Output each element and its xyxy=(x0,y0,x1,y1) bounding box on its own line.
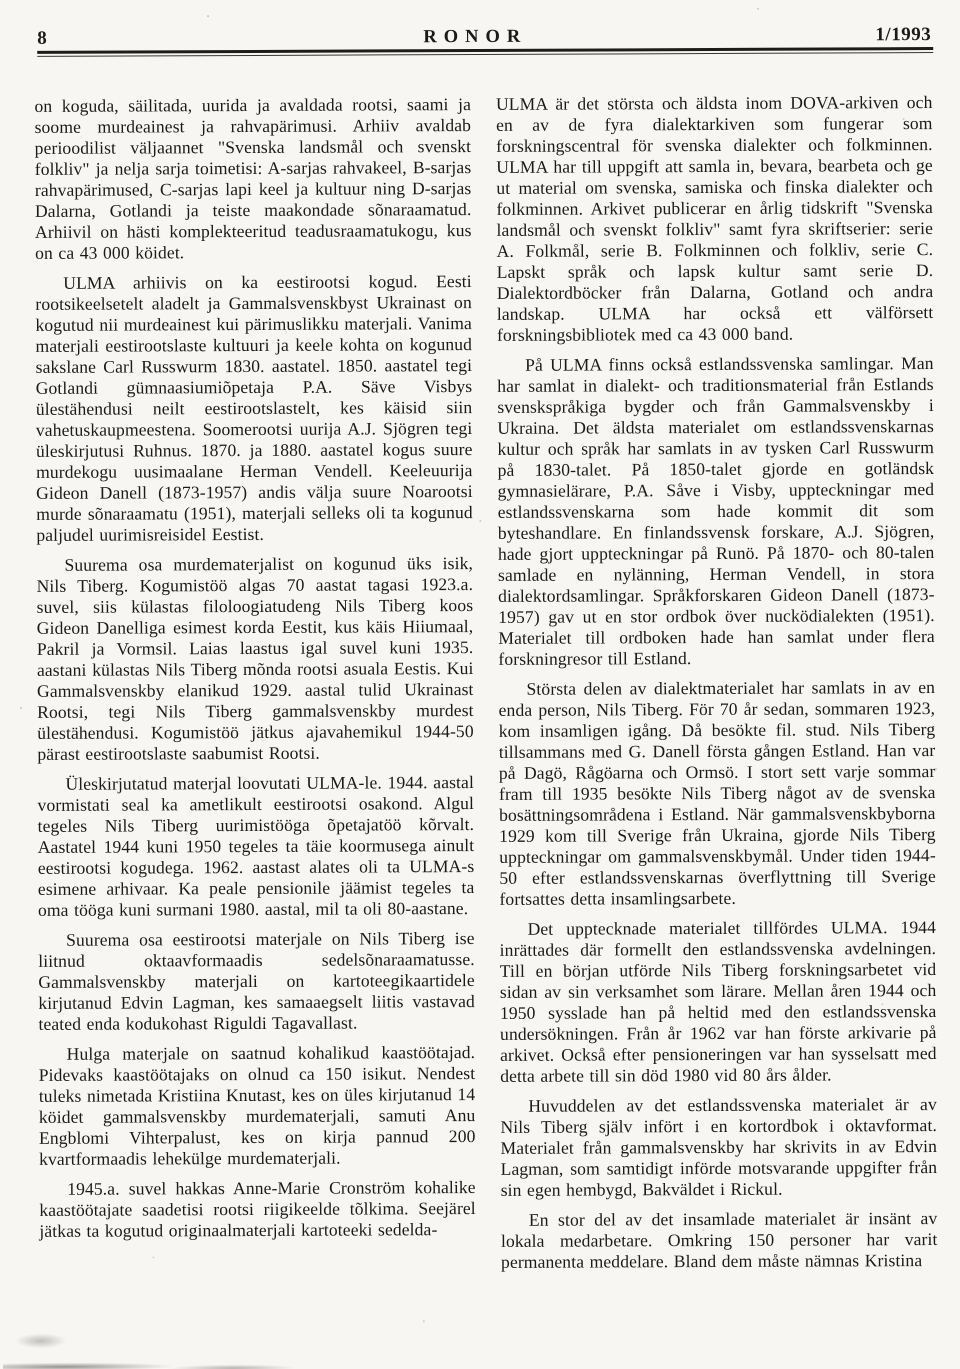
page-number: 8 xyxy=(37,28,47,50)
scan-smudge xyxy=(11,1327,81,1353)
left-column-paragraph: Üleskirjutatud materjal loovutati ULMA-l… xyxy=(37,772,474,921)
left-column-paragraph: Suurema osa eestirootsi materjale on Nil… xyxy=(38,928,475,1035)
scanned-page-content: 8 RONOR 1/1993 on koguda, säilitada, uur… xyxy=(0,0,960,1369)
document-page: 8 RONOR 1/1993 on koguda, säilitada, uur… xyxy=(0,0,960,1369)
left-column-paragraph: Suurema osa murdematerjalist on kogunud … xyxy=(36,553,473,765)
left-column-paragraph: Hulga materjale on saatnud kohalikud kaa… xyxy=(39,1042,476,1170)
issue-number: 1/1993 xyxy=(875,24,931,46)
right-column: ULMA är det största och äldsta inom DOVA… xyxy=(496,92,938,1282)
right-column-paragraph: Huvuddelen av det estlandssvenska materi… xyxy=(500,1094,937,1201)
right-column-paragraph: Det upptecknade materialet tillfördes UL… xyxy=(500,917,937,1087)
right-column-paragraph: En stor del av det insamlade materialet … xyxy=(501,1208,938,1273)
right-column-paragraph: Största delen av dialektmaterialet har s… xyxy=(498,677,936,910)
right-column-paragraph: ULMA är det största och äldsta inom DOVA… xyxy=(496,92,934,346)
right-column-paragraph: På ULMA finns också estlandssvenska saml… xyxy=(497,353,935,670)
text-columns: on koguda, säilitada, uurida ja avaldada… xyxy=(34,92,937,1284)
left-column: on koguda, säilitada, uurida ja avaldada… xyxy=(34,94,476,1284)
page-header: 8 RONOR 1/1993 xyxy=(37,24,931,50)
left-column-paragraph: ULMA arhiivis on ka eestirootsi kogud. E… xyxy=(35,271,473,546)
left-column-paragraph: 1945.a. suvel hakkas Anne-Marie Cronströ… xyxy=(39,1177,476,1242)
journal-title: RONOR xyxy=(423,27,527,48)
left-column-paragraph: on koguda, säilitada, uurida ja avaldada… xyxy=(34,94,471,264)
scan-smudge-bottom-edge xyxy=(3,1354,343,1369)
